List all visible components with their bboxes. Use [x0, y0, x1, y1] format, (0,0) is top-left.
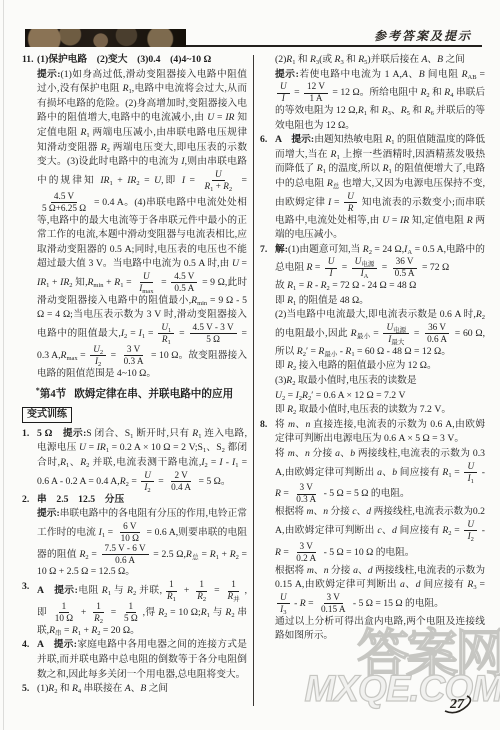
- answer-item: 11.(1)保护电路 (2)变大 (3)0.4 (4)4~10 Ω提示:(1)如…: [22, 53, 247, 381]
- answer-item: 5.(1)R2 和 R4 串联接在 A、B 之间: [22, 682, 247, 697]
- fraction: UR: [344, 192, 357, 214]
- item-number: 3.: [22, 580, 37, 638]
- fraction: 3 V0.15 A: [318, 593, 349, 615]
- section-name: 欧姆定律在串、并联电路中的应用: [74, 389, 233, 400]
- fraction: 1R2: [91, 602, 106, 624]
- item-number: 7.: [260, 243, 275, 418]
- fraction: 2 V0.4 A: [168, 471, 194, 493]
- item-number: 5.: [22, 682, 37, 697]
- fraction: 1R并: [224, 580, 242, 602]
- fraction: 36 V0.5 A: [392, 257, 418, 279]
- item-text: 串 2.5 12.5 分压提示:串联电路中的各电阻有分压的作用,电铃正常工作时的…: [37, 493, 247, 581]
- fraction: UI2: [141, 471, 154, 493]
- answer-page: 参考答案及提示 11.(1)保护电路 (2)变大 (3)0.4 (4)4~10 …: [0, 0, 500, 730]
- fraction: 3 V0.2 A: [293, 542, 319, 564]
- item-text: A 提示:家庭电路中各用电器之间的连接方式是并联,而并联电路中总电阻的倒数等于各…: [37, 638, 247, 682]
- item-number: 2.: [22, 493, 37, 581]
- item-number: [260, 53, 275, 133]
- fraction: 3 V0.3 A: [293, 483, 319, 505]
- fraction: UI2: [464, 520, 477, 542]
- fraction: 6 V10 Ω: [118, 522, 142, 544]
- fraction: UI1: [464, 462, 477, 484]
- fraction: 4.5 V - 3 V5 Ω: [190, 323, 237, 345]
- column-divider: [253, 55, 254, 706]
- section-label: 第4节: [40, 389, 66, 400]
- header-banner-image: [25, 29, 186, 47]
- answer-item: 4.A 提示:家庭电路中各用电器之间的连接方式是并联,而并联电路中总电阻的倒数等…: [22, 638, 247, 682]
- fraction: 15 Ω: [121, 602, 141, 624]
- fraction: U电源IA: [352, 257, 378, 279]
- answer-item: 1.5 Ω 提示:S 闭合、S1 断开时,只有 R1 连入电路,电源电压 U =…: [22, 427, 247, 493]
- item-number: 11.: [22, 53, 37, 381]
- answer-item: (2)R1 和 R3(或 R3 和 R5)并联后接在 A、B 之间提示:若使电路…: [260, 53, 485, 133]
- fraction: 1R1: [164, 580, 179, 602]
- fraction: UI: [325, 257, 338, 279]
- item-text: (2)R1 和 R3(或 R3 和 R5)并联后接在 A、B 之间提示:若使电路…: [275, 53, 485, 133]
- answer-item: 3.A 提示:电阻 R1 与 R2 并联,1R1 + 1R2 = 1R并,即 1…: [22, 580, 247, 638]
- fraction: UI3: [277, 593, 290, 615]
- page-number: 27: [450, 697, 464, 713]
- fraction: 110 Ω: [52, 602, 76, 624]
- left-column: 11.(1)保护电路 (2)变大 (3)0.4 (4)4~10 Ω提示:(1)如…: [22, 53, 247, 706]
- item-text: 5 Ω 提示:S 闭合、S1 断开时,只有 R1 连入电路,电源电压 U = I…: [37, 427, 247, 493]
- item-text: A 提示:电阻 R1 与 R2 并联,1R1 + 1R2 = 1R并,即 110…: [37, 580, 247, 638]
- fraction: UImax: [136, 272, 156, 294]
- fraction: UI: [277, 82, 290, 104]
- fraction: UR1 + R2: [202, 170, 236, 192]
- fraction: 7.5 V - 6 V0.6 A: [102, 544, 149, 566]
- variant-training-badge: 变式训练: [22, 407, 72, 423]
- header-rule: [186, 45, 482, 47]
- item-number: 8.: [260, 418, 275, 644]
- fraction: U电源I最大: [383, 323, 409, 345]
- answer-item: 7.解:(1)由题意可知,当 R2 = 24 Ω,IA = 0.5 A,电路中的…: [260, 243, 485, 418]
- item-text: A 提示:由题知热敏电阻 R1 的阻值随温度的降低而增大,当在 R1 上擦一些酒…: [275, 133, 485, 242]
- fraction: 3 V0.3 A: [121, 345, 147, 367]
- item-text: (1)R2 和 R4 串联接在 A、B 之间: [37, 682, 247, 697]
- answer-item: 2.串 2.5 12.5 分压提示:串联电路中的各电阻有分压的作用,电铃正常工作…: [22, 493, 247, 581]
- right-column: (2)R1 和 R3(或 R3 和 R5)并联后接在 A、B 之间提示:若使电路…: [260, 53, 485, 706]
- fraction: 4.5 V5 Ω+6.25 Ω: [39, 192, 89, 214]
- fraction: 36 V0.6 A: [424, 323, 450, 345]
- item-text: 将 m、n 直接连接,电流表的示数为 0.6 A,由欧姆定律可判断出电源电压为 …: [275, 418, 485, 644]
- fraction: 4.5 V0.5 A: [171, 272, 197, 294]
- item-number: 4.: [22, 638, 37, 682]
- answer-item: 8.将 m、n 直接连接,电流表的示数为 0.6 A,由欧姆定律可判断出电源电压…: [260, 418, 485, 644]
- item-text: (1)保护电路 (2)变大 (3)0.4 (4)4~10 Ω提示:(1)如身高过…: [37, 53, 247, 381]
- section-title: *第4节欧姆定律在串、并联电路中的应用: [22, 384, 247, 403]
- item-number: 6.: [260, 133, 275, 242]
- badge-row: 变式训练: [22, 407, 247, 423]
- answer-columns: 11.(1)保护电路 (2)变大 (3)0.4 (4)4~10 Ω提示:(1)如…: [22, 53, 485, 706]
- fraction: 12 V1 A: [304, 82, 328, 104]
- scan-edge-line: [3, 0, 4, 730]
- fraction: U2I2: [90, 345, 106, 367]
- fraction: U1R1: [158, 323, 174, 345]
- header-title: 参考答案及提示: [374, 27, 472, 44]
- item-text: 解:(1)由题意可知,当 R2 = 24 Ω,IA = 0.5 A,电路中的总电…: [275, 243, 485, 418]
- item-number: 1.: [22, 427, 37, 493]
- fraction: 1R2: [194, 580, 209, 602]
- answer-item: 6.A 提示:由题知热敏电阻 R1 的阻值随温度的降低而增大,当在 R1 上擦一…: [260, 133, 485, 242]
